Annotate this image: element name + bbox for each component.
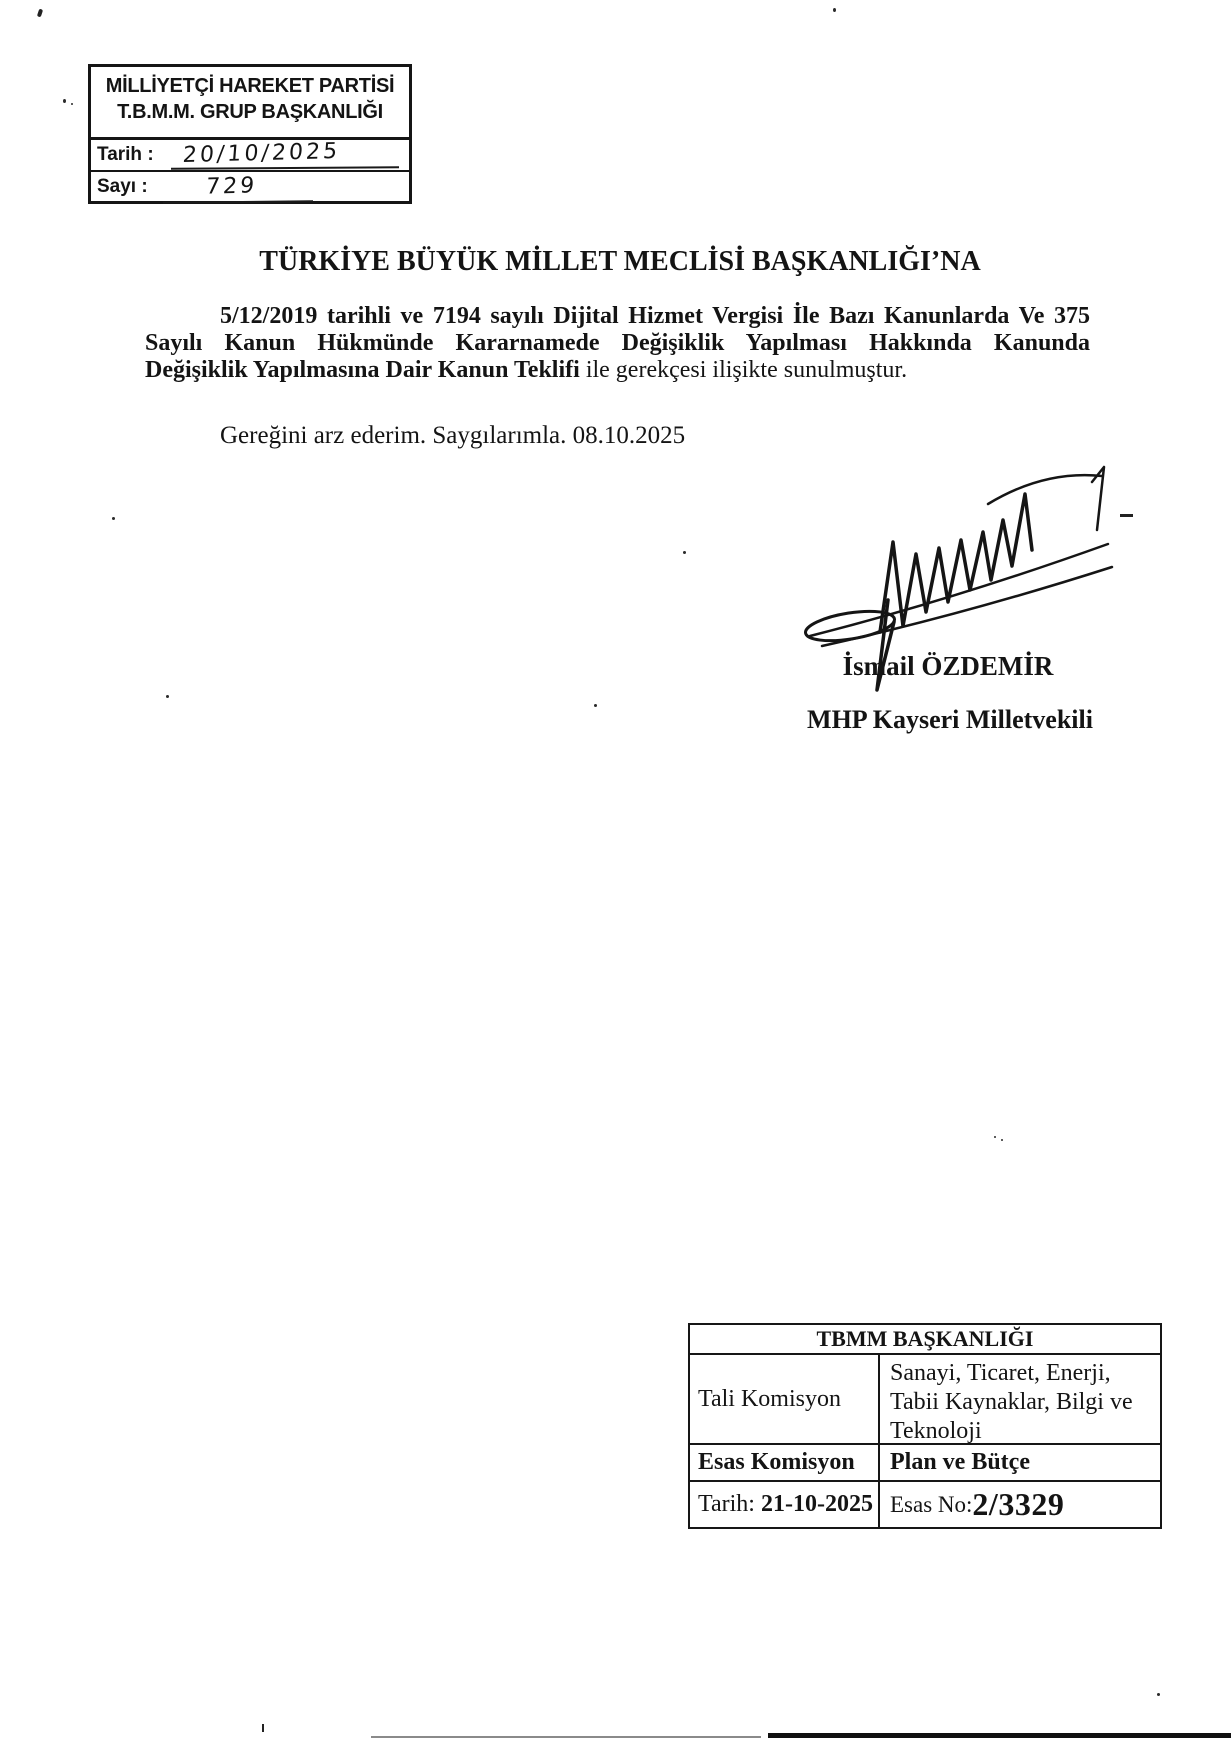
- table-date-label: Tarih:: [698, 1491, 755, 1518]
- page-bottom-scan-line: [371, 1736, 761, 1738]
- stamp-number-label: Sayı :: [97, 176, 148, 198]
- tali-komisyon-label: Tali Komisyon: [690, 1355, 880, 1443]
- stamp-date-row: Tarih : 20/10/2025: [91, 140, 409, 172]
- stamp-number-underline: [163, 200, 313, 204]
- body-line-3-bold: Değişiklik Yapılmasına Dair Kanun Teklif…: [145, 357, 580, 383]
- scan-artifact-dot: [683, 551, 686, 554]
- signer-title: MHP Kayseri Milletvekili: [785, 705, 1115, 735]
- stamp-handwritten-number: 729: [205, 173, 258, 199]
- referral-table-header: TBMM BAŞKANLIĞI: [690, 1325, 1160, 1355]
- body-line-3-regular: ile gerekçesi ilişikte sunulmuştur.: [580, 357, 907, 383]
- esas-komisyon-row: Esas Komisyon Plan ve Bütçe: [690, 1445, 1160, 1482]
- scan-artifact-dot: [63, 99, 66, 103]
- scan-artifact-tick: [262, 1724, 264, 1732]
- esas-no-label: Esas No:: [890, 1492, 972, 1518]
- scan-artifact-dot: [112, 517, 115, 520]
- body-line-1: 5/12/2019 tarihli ve 7194 sayılı Dijital…: [145, 303, 1090, 330]
- stamp-date-underline: [171, 166, 399, 170]
- table-date-value: 21-10-2025: [761, 1491, 873, 1518]
- scan-artifact-dot: [166, 695, 169, 698]
- esas-komisyon-value: Plan ve Bütçe: [880, 1445, 1160, 1480]
- body-paragraph: 5/12/2019 tarihli ve 7194 sayılı Dijital…: [145, 303, 1090, 384]
- stamp-org-line2: T.B.M.M. GRUP BAŞKANLIĞI: [91, 99, 409, 125]
- stamp-date-label: Tarih :: [97, 144, 154, 166]
- stamp-org-line1: MİLLİYETÇİ HAREKET PARTİSİ: [91, 73, 409, 99]
- signer-name: İsmail ÖZDEMİR: [788, 651, 1108, 682]
- scan-artifact-dot: [994, 1136, 996, 1138]
- tali-komisyon-row: Tali Komisyon Sanayi, Ticaret, Enerji, T…: [690, 1355, 1160, 1445]
- body-line-3: Değişiklik Yapılmasına Dair Kanun Teklif…: [145, 357, 1090, 384]
- esas-no-value: 2/3329: [972, 1486, 1064, 1523]
- referral-table: TBMM BAŞKANLIĞI Tali Komisyon Sanayi, Ti…: [688, 1323, 1162, 1529]
- page-bottom-scan-line: [768, 1733, 1231, 1738]
- document-page: MİLLİYETÇİ HAREKET PARTİSİ T.B.M.M. GRUP…: [0, 0, 1231, 1740]
- body-line-2: Sayılı Kanun Hükmünde Kararnamede Değişi…: [145, 330, 1090, 357]
- closing-line: Gereğini arz ederim. Saygılarımla. 08.10…: [220, 422, 685, 450]
- tali-komisyon-value: Sanayi, Ticaret, Enerji, Tabii Kaynaklar…: [880, 1355, 1160, 1443]
- party-stamp-box: MİLLİYETÇİ HAREKET PARTİSİ T.B.M.M. GRUP…: [88, 64, 412, 204]
- scan-artifact-comma: [37, 9, 43, 18]
- table-meta-row: Tarih: 21-10-2025 Esas No: 2/3329: [690, 1482, 1160, 1527]
- esas-no-cell: Esas No: 2/3329: [880, 1482, 1160, 1527]
- stamp-number-row: Sayı : 729: [91, 172, 409, 205]
- recipient-title: TÜRKİYE BÜYÜK MİLLET MECLİSİ BAŞKANLIĞI’…: [0, 246, 1231, 278]
- scan-artifact-dot: [833, 8, 836, 12]
- esas-komisyon-label: Esas Komisyon: [690, 1445, 880, 1480]
- stamp-org-name: MİLLİYETÇİ HAREKET PARTİSİ T.B.M.M. GRUP…: [91, 67, 409, 140]
- scan-artifact-dot: [71, 103, 73, 105]
- table-date-cell: Tarih: 21-10-2025: [690, 1482, 880, 1527]
- scan-artifact-dot: [1157, 1693, 1160, 1696]
- scan-artifact-dot: [1001, 1139, 1003, 1141]
- stamp-handwritten-date: 20/10/2025: [182, 139, 341, 168]
- scan-artifact-dot: [594, 704, 597, 707]
